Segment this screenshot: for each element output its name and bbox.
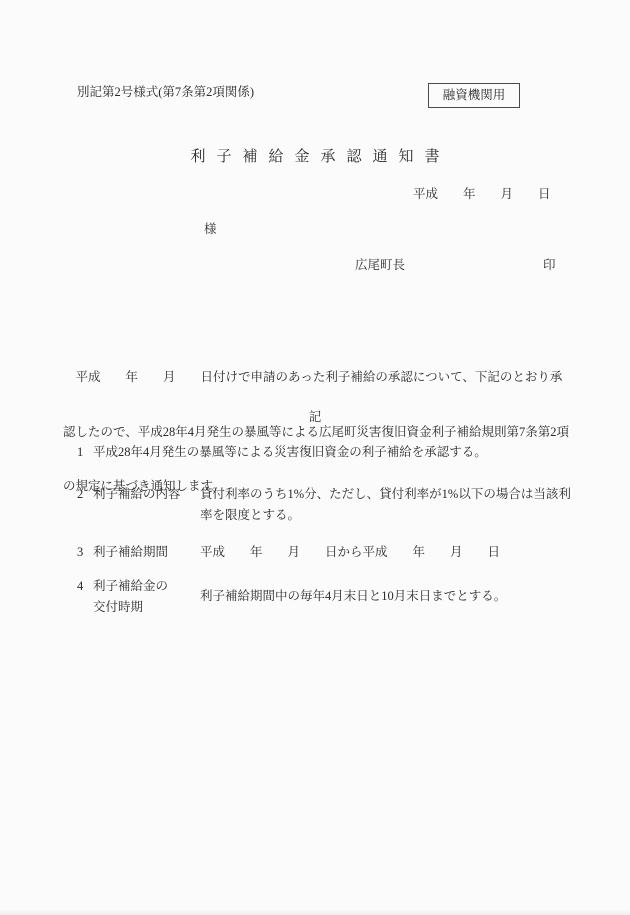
- item-2-label: 利子補給の内容: [93, 486, 181, 503]
- body-paragraph-line-1: 平成 年 月 日付けで申請のあった利子補給の承認について、下記のとおり承: [63, 367, 563, 388]
- document-page: 別記第2号様式(第7条第2項関係) 融資機関用 利子補給金承認通知書 平成 年 …: [0, 0, 630, 915]
- item-4-label-line-2: 交付時期: [93, 599, 143, 616]
- item-2-number: 2: [77, 486, 83, 503]
- item-3-label: 利子補給期間: [93, 544, 168, 561]
- sender-name: 広尾町長: [355, 257, 405, 274]
- item-4-number: 4: [77, 578, 83, 595]
- stamp-box: 融資機関用: [428, 83, 520, 108]
- page-edge-shadow: [0, 909, 630, 915]
- stamp-box-label: 融資機関用: [443, 87, 506, 104]
- addressee-suffix: 様: [204, 221, 217, 238]
- document-title: 利子補給金承認通知書: [0, 147, 630, 167]
- item-4-text: 利子補給期間中の毎年4月末日と10月末日までとする。: [200, 588, 506, 605]
- item-1-text: 平成28年4月発生の暴風等による災害復旧資金の利子補給を承認する。: [93, 444, 487, 461]
- item-3-number: 3: [77, 544, 83, 561]
- item-2-text-line-2: 率を限度とする。: [200, 507, 300, 524]
- seal-mark: 印: [543, 257, 556, 274]
- item-3-period-blank: 平成 年 月 日から平成 年 月 日: [200, 544, 500, 561]
- item-2-text-line-1: 貸付利率のうち1%分、ただし、貸付利率が1%以下の場合は当該利: [200, 486, 571, 503]
- issue-date-blank: 平成 年 月 日: [413, 186, 551, 203]
- item-4-label-line-1: 利子補給金の: [93, 578, 168, 595]
- record-heading: 記: [0, 409, 630, 426]
- item-1-number: 1: [77, 444, 83, 461]
- form-number: 別記第2号様式(第7条第2項関係): [77, 84, 254, 101]
